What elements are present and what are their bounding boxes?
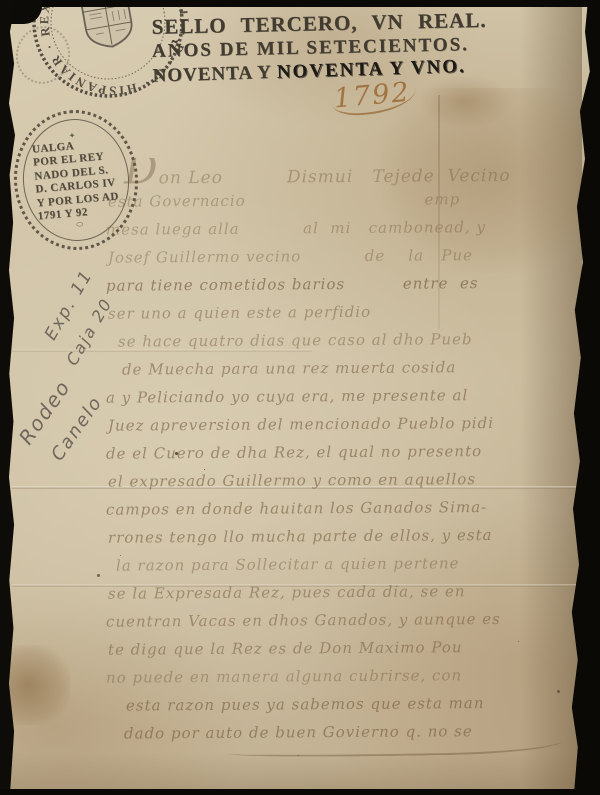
manuscript-line: la razon para Sollecitar a quien pertene bbox=[106, 548, 588, 579]
manuscript-line: te diga que la Rez es de Don Maximo Pou bbox=[108, 632, 588, 663]
manuscript-line: de Muecha para una rez muerta cosida bbox=[108, 352, 588, 383]
manuscript-line: ser uno a quien este a perfidio bbox=[108, 296, 588, 327]
printed-tax-header: SELLO TERCERO, VN REAL. AÑOS DE MIL SETE… bbox=[151, 7, 512, 86]
manuscript-line: rrones tengo llo mucha parte de ellos, y… bbox=[108, 520, 588, 551]
printed-noventa-overstamp: NOVENTA Y VNO. bbox=[277, 56, 467, 83]
oval-stamp-bottom-ornament: ⬭ bbox=[76, 220, 84, 229]
manuscript-line: se la Expresada Rez, pues cada dia, se e… bbox=[108, 576, 588, 607]
manuscript-line: de el Cuero de dha Rez, el qual no prese… bbox=[106, 436, 588, 467]
printed-noventa-plain: NOVENTA Y bbox=[152, 62, 277, 87]
manuscript-line: esta razon pues ya sabemos que esta man bbox=[108, 688, 588, 719]
scan-edge-bottom bbox=[0, 789, 600, 795]
manuscript-line: para tiene cometidos barios entre es bbox=[106, 268, 588, 299]
manuscript-line: campos en donde hauitan los Ganados Sima… bbox=[106, 492, 588, 523]
manuscript-line: mesa luega alla al mi cambonead, y bbox=[106, 212, 588, 243]
coat-of-arms-shield bbox=[77, 0, 135, 51]
scan-edge-top bbox=[0, 0, 600, 7]
manuscript-line: Josef Guillermo vecino de la Pue bbox=[108, 240, 588, 271]
manuscript-line: cuentran Vacas en dhos Ganados, y aunque… bbox=[106, 604, 588, 635]
manuscript-line: Don Leo Dismui Tejede Vecino bbox=[106, 158, 588, 188]
manuscript-line: Juez apreversion del mencionado Pueblo p… bbox=[108, 408, 588, 439]
manuscript-line: no puede en manera alguna cubrirse, con bbox=[106, 660, 588, 691]
manuscript-line: se hace quatro dias que caso al dho Pueb bbox=[106, 324, 588, 355]
manuscript-body: Don Leo Dismui Tejede Vecinoesta Governa… bbox=[106, 158, 588, 746]
scanned-manuscript-page: CAROLUS · IIII · D · G · HISPANIAR · REX… bbox=[0, 0, 600, 795]
manuscript-line: esta Governacio emp bbox=[108, 184, 588, 215]
manuscript-line: el expresado Guillermo y como en aquello… bbox=[108, 464, 588, 495]
manuscript-line: a y Peliciando yo cuya era, me presente … bbox=[106, 380, 588, 411]
